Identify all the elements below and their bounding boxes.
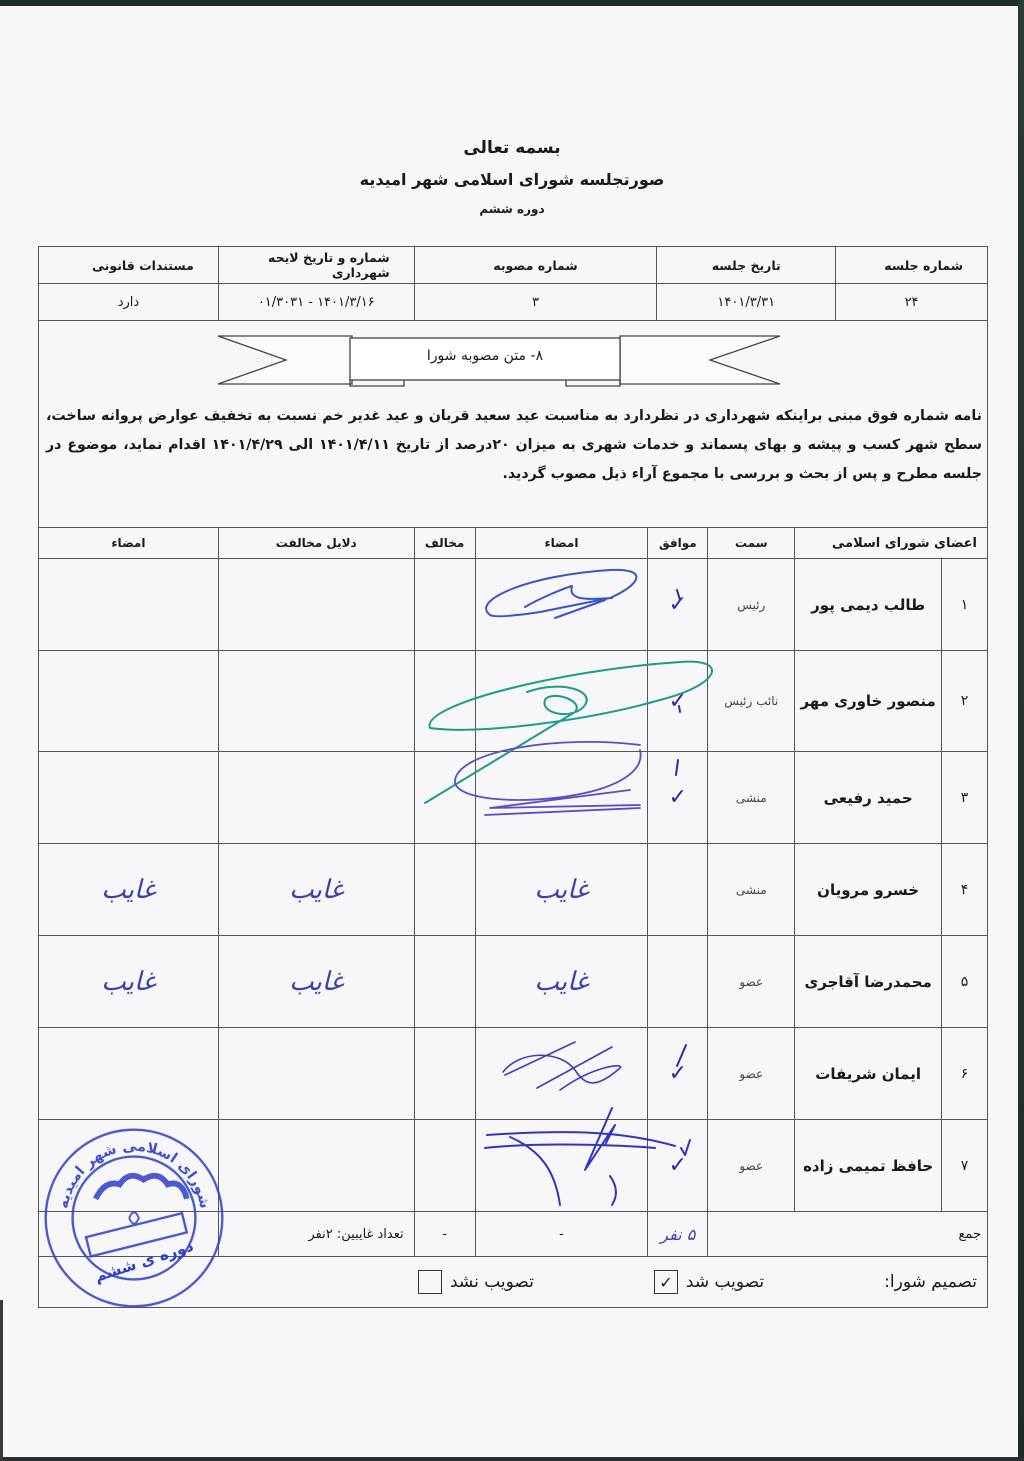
member-row: ۴ خسرو مرویان منشی غایب غایب غایب xyxy=(39,844,988,936)
header-role: سمت xyxy=(708,528,795,559)
member-role: منشی xyxy=(708,752,795,844)
approved-option[interactable]: تصویب شد ✓ xyxy=(654,1270,764,1294)
header-session-number: شماره جلسه xyxy=(836,247,988,284)
resolution-body-text: نامه شماره فوق مبنی براینکه شهرداری در ن… xyxy=(46,402,982,489)
reasons-cell xyxy=(218,1028,414,1120)
signature-cell xyxy=(475,1120,648,1212)
member-number: ۱ xyxy=(942,559,988,651)
member-name: حافظ تمیمی زاده xyxy=(795,1120,942,1212)
member-row: ۲ منصور خاوری مهر نائب رئیس ✓ xyxy=(39,651,988,752)
header-agree: موافق xyxy=(648,528,708,559)
member-name: ایمان شریفات xyxy=(795,1028,942,1120)
member-role: نائب رئیس xyxy=(708,651,795,752)
signature-2-cell xyxy=(39,651,219,752)
signature-2-cell xyxy=(39,559,219,651)
header-resolution-number: شماره مصوبه xyxy=(414,247,657,284)
approved-checkbox[interactable]: ✓ xyxy=(654,1270,678,1294)
absent-note: غایب xyxy=(39,936,219,1028)
absent-note: غایب xyxy=(218,844,414,936)
member-number: ۳ xyxy=(942,752,988,844)
member-name: حمید رفیعی xyxy=(795,752,942,844)
signature-cell xyxy=(475,651,648,752)
member-name: طالب دیمی پور xyxy=(795,559,942,651)
rejected-label: تصویب نشد xyxy=(450,1272,534,1292)
absent-count: تعداد غایبین: ۲نفر xyxy=(218,1212,414,1257)
agree-mark: ✓ xyxy=(648,651,708,752)
signature-2-cell xyxy=(39,752,219,844)
signature-cell xyxy=(475,1028,648,1120)
signature-total: - xyxy=(475,1212,648,1257)
header-oppose: مخالف xyxy=(414,528,475,559)
oppose-cell xyxy=(414,844,475,936)
absent-note: غایب xyxy=(39,844,219,936)
header-signature-2: امضاء xyxy=(39,528,219,559)
oppose-cell xyxy=(414,651,475,752)
agree-mark: ✓ xyxy=(648,559,708,651)
official-stamp-icon: شورای اسلامی شهر امیدیه دوره ی ششم xyxy=(38,1122,230,1314)
session-number-value: ۲۴ xyxy=(836,284,988,321)
session-info-table: شماره جلسه تاریخ جلسه شماره مصوبه شماره … xyxy=(38,246,988,321)
document-title: صورتجلسه شورای اسلامی شهر امیدیه xyxy=(0,170,1024,189)
absent-note: غایب xyxy=(218,936,414,1028)
signature-cell xyxy=(475,752,648,844)
reasons-cell xyxy=(218,752,414,844)
signature-cell xyxy=(475,559,648,651)
agree-mark xyxy=(648,844,708,936)
session-date-value: ۱۴۰۱/۳/۳۱ xyxy=(657,284,836,321)
header-signature: امضاء xyxy=(475,528,648,559)
resolution-number-value: ۳ xyxy=(414,284,657,321)
member-role: رئیس xyxy=(708,559,795,651)
member-number: ۷ xyxy=(942,1120,988,1212)
signature-2-cell xyxy=(39,1028,219,1120)
section-title: ۸- متن مصوبه شورا xyxy=(350,338,620,380)
absent-note: غایب xyxy=(475,936,648,1028)
header-members: اعضای شورای اسلامی xyxy=(795,528,988,559)
members-header-row: اعضای شورای اسلامی سمت موافق امضاء مخالف… xyxy=(39,528,988,559)
absent-note: غایب xyxy=(475,844,648,936)
member-row: ۵ محمدرضا آقاجری عضو غایب غایب غایب xyxy=(39,936,988,1028)
member-role: عضو xyxy=(708,1028,795,1120)
member-name: خسرو مرویان xyxy=(795,844,942,936)
header-session-date: تاریخ جلسه xyxy=(657,247,836,284)
bill-number-date-value: ۱۴۰۱/۳/۱۶ - ۰۱/۳۰۳۱ xyxy=(218,284,414,321)
reasons-cell xyxy=(218,1120,414,1212)
agree-mark: ✓ xyxy=(648,1120,708,1212)
agree-mark xyxy=(648,936,708,1028)
rejected-option[interactable]: تصویب نشد xyxy=(418,1270,534,1294)
session-info-header-row: شماره جلسه تاریخ جلسه شماره مصوبه شماره … xyxy=(39,247,988,284)
member-role: منشی xyxy=(708,844,795,936)
oppose-total: - xyxy=(414,1212,475,1257)
agree-mark: ✓ xyxy=(648,1028,708,1120)
header-opposition-reasons: دلایل مخالفت xyxy=(218,528,414,559)
member-row: ۳ حمید رفیعی منشی ✓ xyxy=(39,752,988,844)
oppose-cell xyxy=(414,1028,475,1120)
council-term: دوره ششم xyxy=(0,202,1024,216)
header-bill-number-date: شماره و تاریخ لایحه شهرداری xyxy=(218,247,414,284)
oppose-cell xyxy=(414,936,475,1028)
member-row: ۱ طالب دیمی پور رئیس ✓ xyxy=(39,559,988,651)
member-number: ۶ xyxy=(942,1028,988,1120)
reasons-cell xyxy=(218,559,414,651)
reasons-cell xyxy=(218,651,414,752)
session-info-values-row: ۲۴ ۱۴۰۱/۳/۳۱ ۳ ۱۴۰۱/۳/۱۶ - ۰۱/۳۰۳۱ دارد xyxy=(39,284,988,321)
member-name: محمدرضا آقاجری xyxy=(795,936,942,1028)
approved-label: تصویب شد xyxy=(686,1272,764,1292)
oppose-cell xyxy=(414,559,475,651)
oppose-cell xyxy=(414,1120,475,1212)
decision-label: تصمیم شورا: xyxy=(884,1272,977,1292)
legal-documents-value: دارد xyxy=(39,284,219,321)
agree-mark: ✓ xyxy=(648,752,708,844)
invocation-heading: بسمه تعالی xyxy=(0,138,1024,158)
sum-label: جمع xyxy=(708,1212,988,1257)
header-legal-documents: مستندات قانونی xyxy=(39,247,219,284)
member-number: ۵ xyxy=(942,936,988,1028)
member-name: منصور خاوری مهر xyxy=(795,651,942,752)
oppose-cell xyxy=(414,752,475,844)
rejected-checkbox[interactable] xyxy=(418,1270,442,1294)
member-number: ۲ xyxy=(942,651,988,752)
member-number: ۴ xyxy=(942,844,988,936)
agree-total: ۵ نفر xyxy=(648,1212,708,1257)
member-row: ۶ ایمان شریفات عضو ✓ xyxy=(39,1028,988,1120)
member-role: عضو xyxy=(708,936,795,1028)
member-role: عضو xyxy=(708,1120,795,1212)
